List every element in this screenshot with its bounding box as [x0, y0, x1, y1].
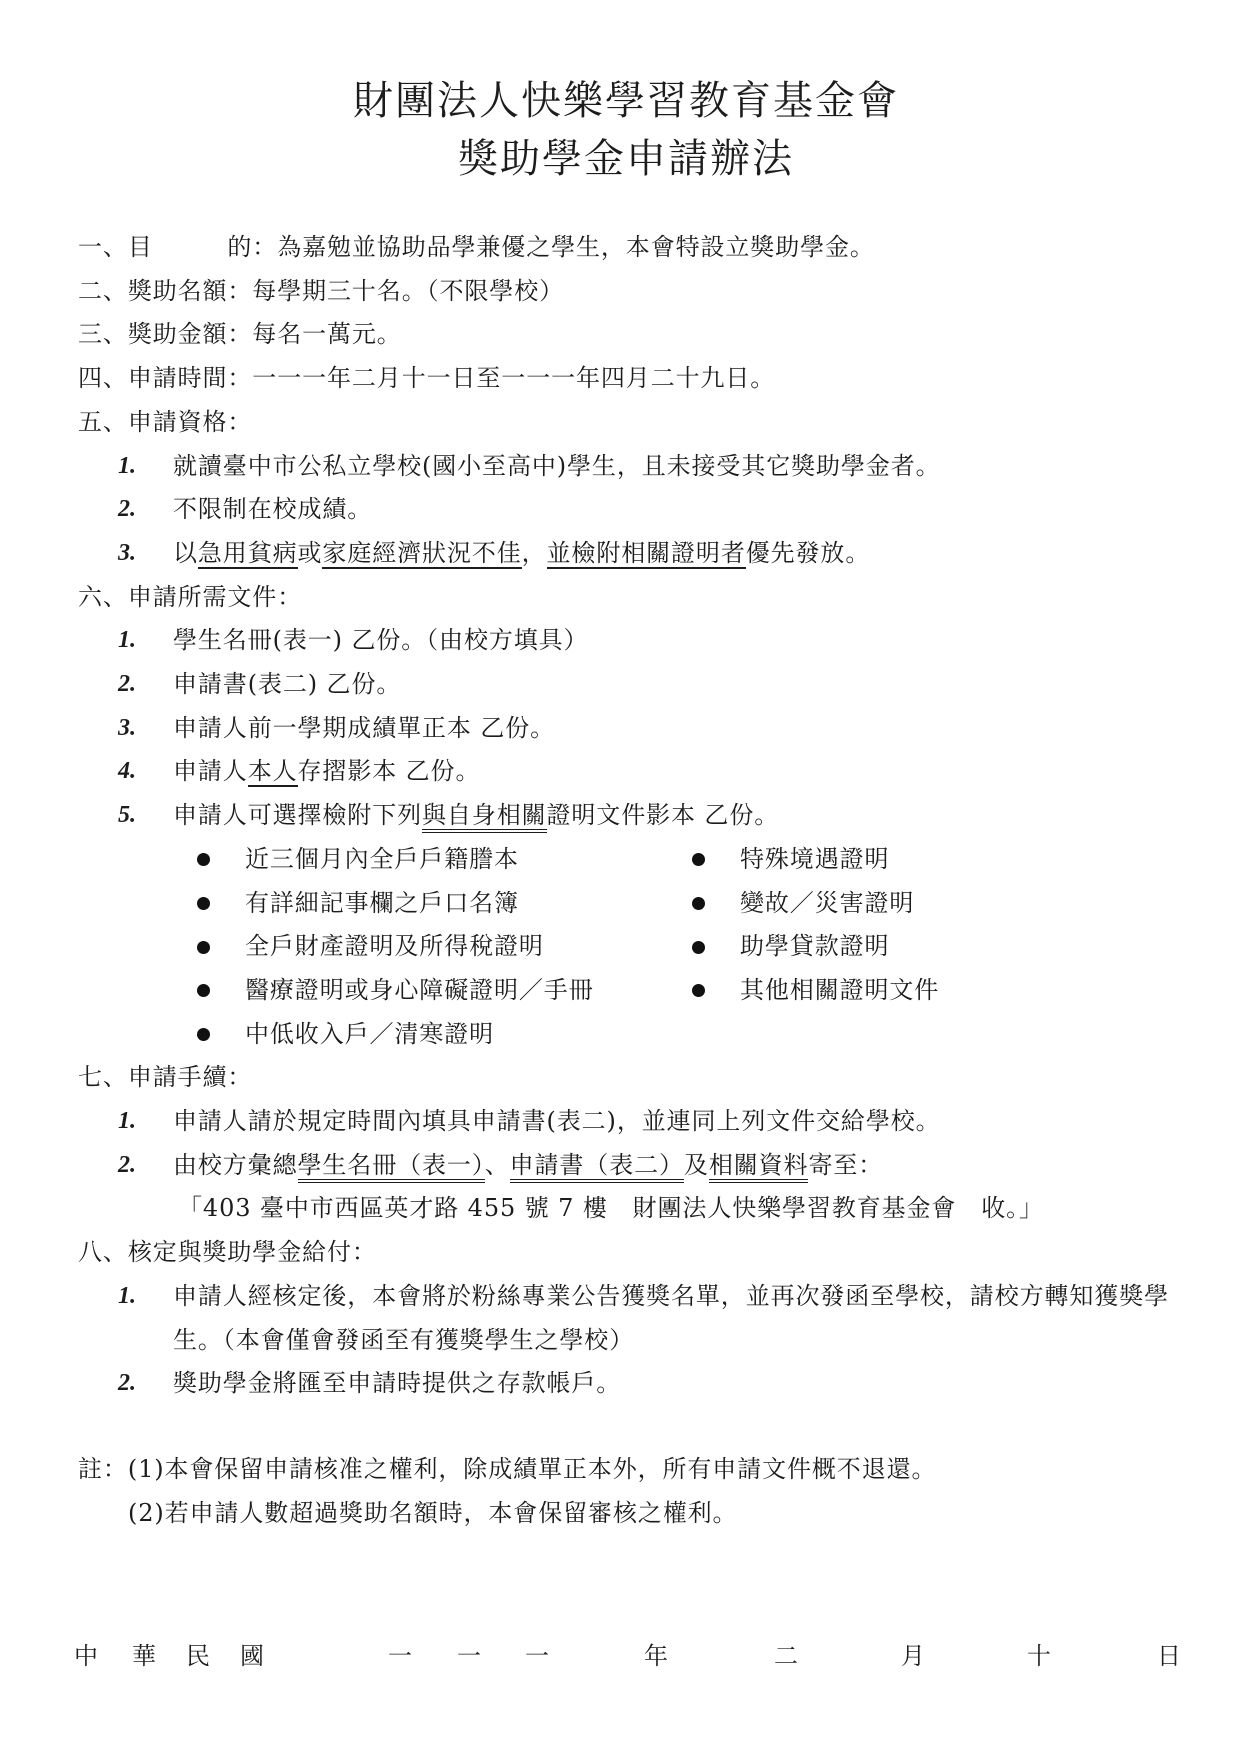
date-character: 華 [132, 1635, 156, 1679]
section-heading: 四、申請時間：一一一年二月十一日至一一一年四月二十九日。 [78, 357, 1174, 401]
bullet-item: 全戶財產證明及所得稅證明 [197, 925, 692, 969]
list-item: 3.申請人前一學期成績單正本 乙份。 [78, 707, 1174, 751]
bullet-item-text: 全戶財產證明及所得稅證明 [245, 925, 544, 969]
list-item-number: 2. [118, 663, 173, 707]
underlined-text: 學生名冊（表一） [298, 1151, 485, 1183]
list-item-number: 2. [118, 1144, 173, 1188]
list-item-text: 不限制在校成績。 [173, 488, 1174, 532]
text-run: 就讀臺中市公私立學校(國小至高中)學生，且未接受其它獎助學金者。 [173, 452, 941, 480]
list-item-text: 申請書(表二) 乙份。 [173, 663, 1174, 707]
section-heading-text: 獎助名額：每學期三十名。（不限學校） [128, 277, 564, 305]
list-item-text: 申請人可選擇檢附下列與自身相關證明文件影本 乙份。 [173, 794, 1174, 838]
list-item-number: 1. [118, 445, 173, 489]
date-character: 一 [525, 1635, 549, 1679]
bullet-item: 特殊境遇證明 [692, 838, 1174, 882]
date-character: 日 [1157, 1635, 1181, 1679]
list-item-text: 申請人經核定後，本會將於粉絲專業公告獲獎名單，並再次發函至學校，請校方轉知獲獎學… [173, 1275, 1174, 1362]
section-heading: 二、獎助名額：每學期三十名。（不限學校） [78, 270, 1174, 314]
text-run: 、 [485, 1151, 510, 1179]
title-block: 財團法人快樂學習教育基金會 獎助學金申請辦法 [78, 78, 1174, 182]
underlined-text: 並檢附相關證明者 [547, 539, 746, 569]
underlined-text: 與自身相關 [422, 801, 547, 833]
bullet-icon [197, 853, 210, 866]
text-run: 目 的：為嘉勉並協助品學兼優之學生，本會特設立獎助學金。 [128, 233, 875, 261]
list-item: 2.不限制在校成績。 [78, 488, 1174, 532]
date-character: 年 [644, 1635, 668, 1679]
section-heading: 八、核定與獎助學金給付： [78, 1231, 1174, 1275]
list-item: 1.申請人經核定後，本會將於粉絲專業公告獲獎名單，並再次發函至學校，請校方轉知獲… [78, 1275, 1174, 1362]
date-character: 一 [457, 1635, 481, 1679]
bullet-item: 其他相關證明文件 [692, 969, 1174, 1013]
text-run: 優先發放。 [746, 539, 871, 567]
text-run: 學生名冊(表一) 乙份。（由校方填具） [173, 626, 588, 654]
section-number: 五、 [78, 408, 128, 436]
bullet-icon [692, 897, 705, 910]
bullet-item-text: 醫療證明或身心障礙證明／手冊 [245, 969, 594, 1013]
list-item-number: 2. [118, 1362, 173, 1406]
list-item-number: 1. [118, 1275, 173, 1319]
date-character: 月 [901, 1635, 925, 1679]
list-item-number: 2. [118, 488, 173, 532]
text-run: 申請時間：一一一年二月十一日至一一一年四月二十九日。 [128, 364, 775, 392]
note-label: 註： [78, 1455, 128, 1483]
list-item: 3.以急用貧病或家庭經濟狀況不佳，並檢附相關證明者優先發放。 [78, 532, 1174, 576]
bullet-item-text: 有詳細記事欄之戶口名簿 [245, 882, 519, 926]
section-number: 二、 [78, 277, 128, 305]
section-heading: 七、申請手續： [78, 1056, 1174, 1100]
list-item-number: 5. [118, 794, 173, 838]
document-subtitle: 獎助學金申請辦法 [78, 136, 1174, 182]
underlined-text: 相關資料 [709, 1151, 809, 1183]
text-run: 由校方彙總 [173, 1151, 298, 1179]
bullet-item-text: 特殊境遇證明 [740, 838, 889, 882]
list-item-text: 以急用貧病或家庭經濟狀況不佳，並檢附相關證明者優先發放。 [173, 532, 1174, 576]
section-heading-text: 申請時間：一一一年二月十一日至一一一年四月二十九日。 [128, 364, 775, 392]
list-item: 4.申請人本人存摺影本 乙份。 [78, 750, 1174, 794]
bullet-item: 助學貸款證明 [692, 925, 1174, 969]
bullet-icon [197, 984, 210, 997]
section-heading: 五、申請資格： [78, 401, 1174, 445]
bullet-item: 有詳細記事欄之戶口名簿 [197, 882, 692, 926]
bullet-item: 醫療證明或身心障礙證明／手冊 [197, 969, 692, 1013]
list-item-number: 3. [118, 532, 173, 576]
date-character: 一 [388, 1635, 412, 1679]
list-item-number: 4. [118, 750, 173, 794]
text-run: 申請所需文件： [128, 583, 302, 611]
section-heading-text: 申請手續： [128, 1063, 253, 1091]
bullet-icon [197, 941, 210, 954]
note-line: 註：(1)本會保留申請核准之權利，除成績單正本外，所有申請文件概不退還。 [78, 1448, 1174, 1492]
bullet-list: 近三個月內全戶戶籍謄本有詳細記事欄之戶口名簿全戶財產證明及所得稅證明醫療證明或身… [197, 838, 1174, 1056]
list-item-number: 3. [118, 707, 173, 751]
bullet-item-text: 其他相關證明文件 [740, 969, 939, 1013]
section-heading-text: 獎助金額：每名一萬元。 [128, 320, 402, 348]
section-heading-text: 申請所需文件： [128, 583, 302, 611]
list-item-text: 學生名冊(表一) 乙份。（由校方填具） [173, 619, 1174, 663]
bullet-item-text: 變故／災害證明 [740, 882, 914, 926]
note-line: (2)若申請人數超過獎助名額時，本會保留審核之權利。 [128, 1492, 1174, 1536]
text-run: 及 [684, 1151, 709, 1179]
bullet-item: 中低收入戶／清寒證明 [197, 1013, 692, 1057]
underlined-text: 本人 [248, 757, 298, 787]
list-item: 1.就讀臺中市公私立學校(國小至高中)學生，且未接受其它獎助學金者。 [78, 445, 1174, 489]
text-run: 或 [298, 539, 323, 567]
text-run: 申請手續： [128, 1063, 253, 1091]
list-item: 1.學生名冊(表一) 乙份。（由校方填具） [78, 619, 1174, 663]
bullet-item-text: 助學貸款證明 [740, 925, 889, 969]
document-title: 財團法人快樂學習教育基金會 [78, 78, 1174, 124]
bullet-icon [692, 941, 705, 954]
list-item-text: 由校方彙總學生名冊（表一）、申請書（表二）及相關資料寄至： [173, 1144, 1174, 1188]
text-run: 申請人前一學期成績單正本 乙份。 [173, 714, 555, 742]
text-run: 獎助名額：每學期三十名。（不限學校） [128, 277, 564, 305]
text-run: 申請書(表二) 乙份。 [173, 670, 401, 698]
bullet-icon [197, 897, 210, 910]
list-item: 5.申請人可選擇檢附下列與自身相關證明文件影本 乙份。 [78, 794, 1174, 838]
notes-block: 註：(1)本會保留申請核准之權利，除成績單正本外，所有申請文件概不退還。(2)若… [78, 1448, 1174, 1535]
list-item-number: 1. [118, 1100, 173, 1144]
mailing-address-line: 「403 臺中市西區英才路 455 號 7 樓 財團法人快樂學習教育基金會 收。… [178, 1187, 1174, 1231]
bullet-icon [197, 1028, 210, 1041]
section-heading-text: 核定與獎助學金給付： [128, 1238, 377, 1266]
date-character: 中 [74, 1635, 98, 1679]
bullet-item: 變故／災害證明 [692, 882, 1174, 926]
list-item-text: 申請人請於規定時間內填具申請書(表二)，並連同上列文件交給學校。 [173, 1100, 1174, 1144]
bullet-item-text: 中低收入戶／清寒證明 [245, 1013, 494, 1057]
bullet-icon [692, 853, 705, 866]
text-run: 申請人經核定後，本會將於粉絲專業公告獲獎名單，並再次發函至學校，請校方轉知獲獎學… [173, 1282, 1169, 1354]
date-character: 十 [1027, 1635, 1051, 1679]
list-item-text: 就讀臺中市公私立學校(國小至高中)學生，且未接受其它獎助學金者。 [173, 445, 1174, 489]
text-run: ， [522, 539, 547, 567]
text-run: 獎助學金將匯至申請時提供之存款帳戶。 [173, 1369, 621, 1397]
list-item-text: 申請人前一學期成績單正本 乙份。 [173, 707, 1174, 751]
section-number: 三、 [78, 320, 128, 348]
date-character: 民 [186, 1635, 210, 1679]
date-line: 中華民國一一一年二月十日 [78, 1635, 1174, 1679]
text-run: 申請資格： [128, 408, 253, 436]
text-run: 核定與獎助學金給付： [128, 1238, 377, 1266]
underlined-text: 急用貧病 [198, 539, 298, 569]
section-heading-text: 目 的：為嘉勉並協助品學兼優之學生，本會特設立獎助學金。 [128, 233, 875, 261]
date-character: 國 [240, 1635, 264, 1679]
bullet-item-text: 近三個月內全戶戶籍謄本 [245, 838, 519, 882]
list-item-text: 獎助學金將匯至申請時提供之存款帳戶。 [173, 1362, 1174, 1406]
text-run: 不限制在校成績。 [173, 495, 372, 523]
section-heading: 一、目 的：為嘉勉並協助品學兼優之學生，本會特設立獎助學金。 [78, 226, 1174, 270]
section-heading: 三、獎助金額：每名一萬元。 [78, 313, 1174, 357]
list-item: 2.申請書(表二) 乙份。 [78, 663, 1174, 707]
text-run: 申請人 [173, 757, 248, 785]
text-run: 申請人請於規定時間內填具申請書(表二)，並連同上列文件交給學校。 [173, 1107, 941, 1135]
section-heading-text: 申請資格： [128, 408, 253, 436]
note-text: (1)本會保留申請核准之權利，除成績單正本外，所有申請文件概不退還。 [128, 1455, 937, 1483]
list-item-number: 1. [118, 619, 173, 663]
document-body: 一、目 的：為嘉勉並協助品學兼優之學生，本會特設立獎助學金。二、獎助名額：每學期… [78, 226, 1174, 1679]
text-run: 寄至： [808, 1151, 883, 1179]
list-item: 1.申請人請於規定時間內填具申請書(表二)，並連同上列文件交給學校。 [78, 1100, 1174, 1144]
date-character: 二 [774, 1635, 798, 1679]
bullet-item: 近三個月內全戶戶籍謄本 [197, 838, 692, 882]
section-number: 四、 [78, 364, 128, 392]
section-number: 一、 [78, 233, 128, 261]
underlined-text: 家庭經濟狀況不佳 [322, 539, 521, 569]
bullet-icon [692, 984, 705, 997]
document-page: 財團法人快樂學習教育基金會 獎助學金申請辦法 一、目 的：為嘉勉並協助品學兼優之… [0, 0, 1240, 1754]
text-run: 獎助金額：每名一萬元。 [128, 320, 402, 348]
text-run: 申請人可選擇檢附下列 [173, 801, 422, 829]
text-run: 以 [173, 539, 198, 567]
section-number: 八、 [78, 1238, 128, 1266]
list-item: 2.獎助學金將匯至申請時提供之存款帳戶。 [78, 1362, 1174, 1406]
list-item: 2.由校方彙總學生名冊（表一）、申請書（表二）及相關資料寄至： [78, 1144, 1174, 1188]
section-number: 七、 [78, 1063, 128, 1091]
text-run: 存摺影本 乙份。 [298, 757, 481, 785]
text-run: 證明文件影本 乙份。 [547, 801, 780, 829]
list-item-text: 申請人本人存摺影本 乙份。 [173, 750, 1174, 794]
section-heading: 六、申請所需文件： [78, 576, 1174, 620]
section-number: 六、 [78, 583, 128, 611]
underlined-text: 申請書（表二） [510, 1151, 684, 1183]
